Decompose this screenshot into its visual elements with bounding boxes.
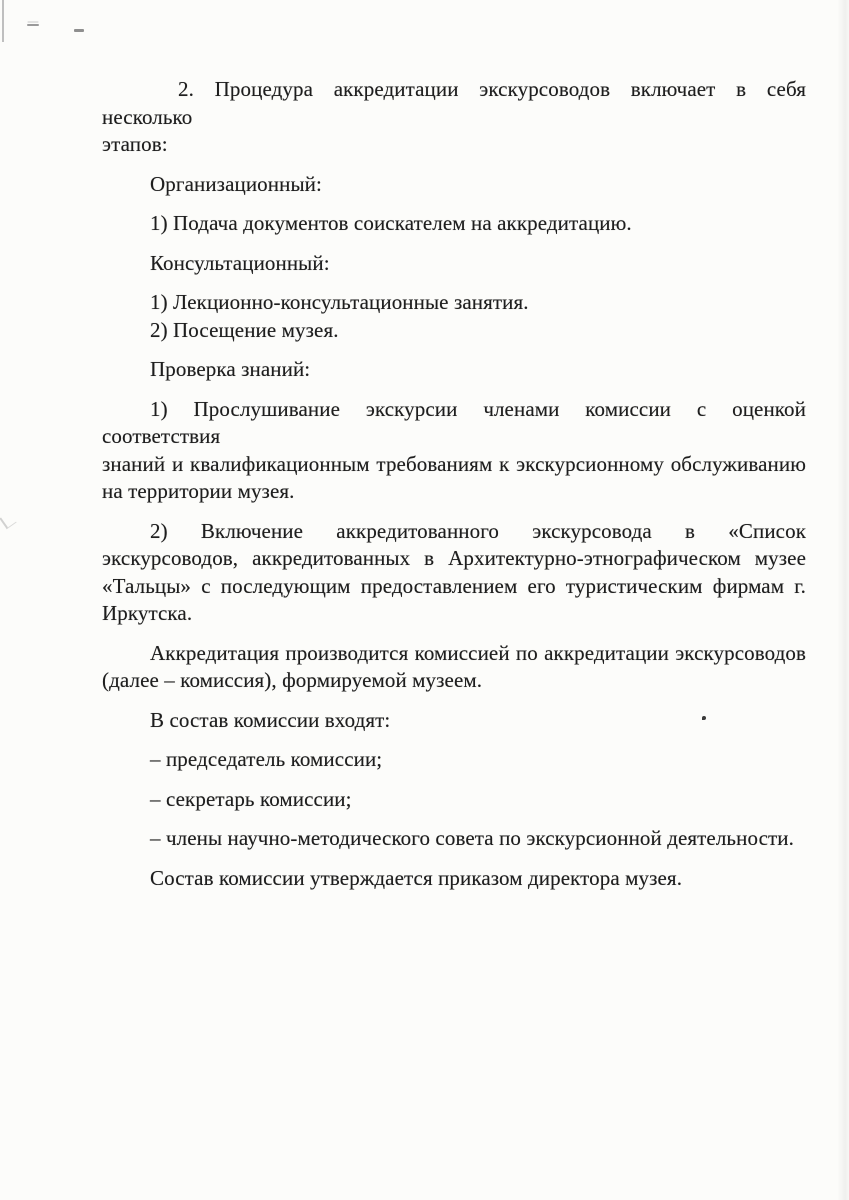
document-line: знаний и квалификационным требованиям к …	[102, 451, 806, 479]
document-line: на территории музея.	[102, 478, 806, 506]
document-line: – секретарь комиссии;	[102, 786, 806, 814]
scan-edge-left-line	[2, 0, 4, 42]
document-line: Аккредитация производится комиссией по а…	[102, 640, 806, 668]
document-line: этапов:	[102, 131, 806, 159]
document-line: Иркутска.	[102, 600, 806, 628]
document-line: 2) Посещение музея.	[102, 317, 806, 345]
document-body: 2. Процедура аккредитации экскурсоводов …	[102, 76, 806, 892]
document-line: 1) Лекционно-консультационные занятия.	[102, 289, 806, 317]
document-line: – председатель комиссии;	[102, 746, 806, 774]
document-line: 2. Процедура аккредитации экскурсоводов …	[102, 76, 806, 131]
document-line: (далее – комиссия), формируемой музеем.	[102, 667, 806, 695]
document-line: 2) Включение аккредитованного экскурсово…	[102, 518, 806, 546]
scan-smudge-top-left-1	[27, 24, 39, 26]
document-line: «Тальцы» с последующим предоставлением е…	[102, 573, 806, 601]
document-line: 1) Подача документов соискателем на аккр…	[102, 210, 806, 238]
scan-edge-right-shadow	[837, 0, 849, 1200]
document-line: экскурсоводов, аккредитованных в Архитек…	[102, 545, 806, 573]
scan-smudge-left-margin	[0, 512, 17, 530]
document-line: Консультационный:	[102, 250, 806, 278]
document-line: Проверка знаний:	[102, 356, 806, 384]
document-line: – члены научно-методического совета по э…	[102, 825, 806, 853]
scan-smudge-top-left-2	[74, 29, 84, 32]
document-line: Состав комиссии утверждается приказом ди…	[102, 865, 806, 893]
document-line: 1) Прослушивание экскурсии членами комис…	[102, 396, 806, 451]
document-line: В состав комиссии входят:	[102, 707, 806, 735]
document-line: Организационный:	[102, 171, 806, 199]
scanned-page: 2. Процедура аккредитации экскурсоводов …	[0, 0, 849, 1200]
